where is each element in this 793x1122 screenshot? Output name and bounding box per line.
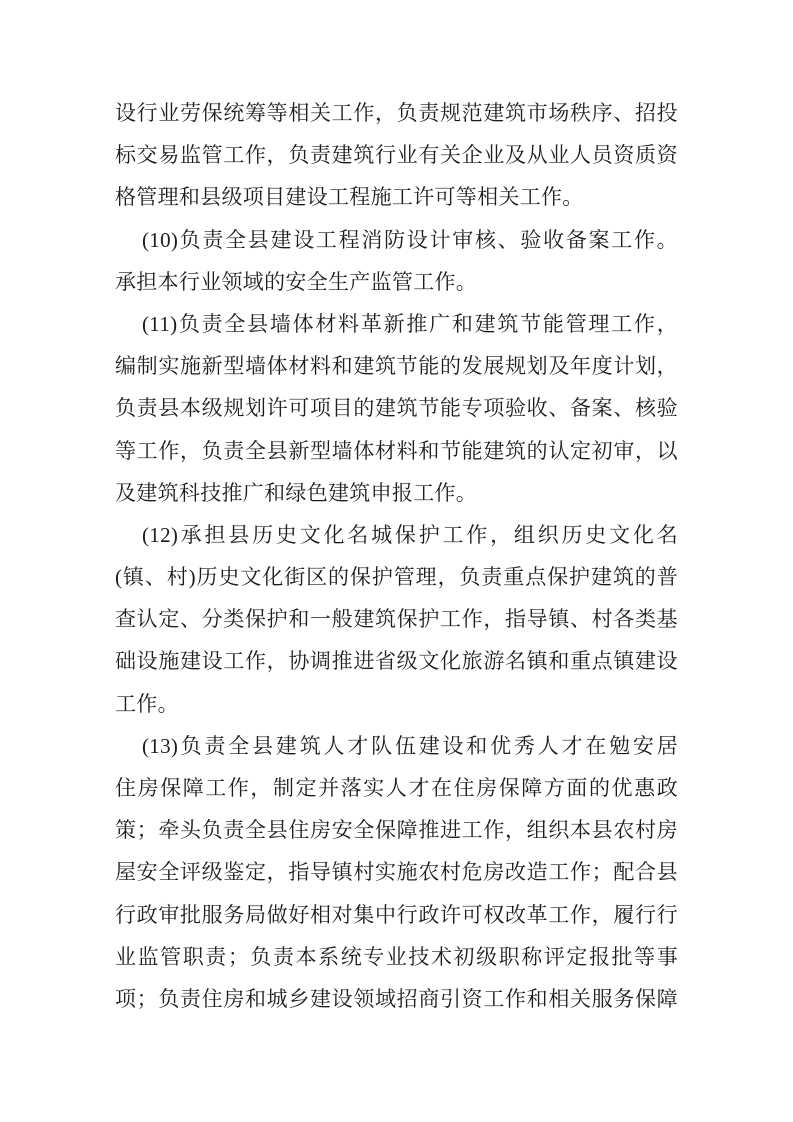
text-line: 础设施建设工作，协调推进省级文化旅游名镇和重点镇建设 <box>115 640 678 682</box>
text-line: 编制实施新型墙体材料和建筑节能的发展规划及年度计划， <box>115 345 678 387</box>
text-line: 标交易监管工作，负责建筑行业有关企业及从业人员资质资 <box>115 134 678 176</box>
text-line: 负责县本级规划许可项目的建筑节能专项验收、备案、核验 <box>115 387 678 429</box>
text-line: 设行业劳保统筹等相关工作，负责规范建筑市场秩序、招投 <box>115 92 678 134</box>
paragraph-item-11: (11)负责全县墙体材料革新推广和建筑节能管理工作，编制实施新型墙体材料和建筑节… <box>115 303 678 514</box>
text-line: (13)负责全县建筑人才队伍建设和优秀人才在勉安居 <box>115 725 678 767</box>
text-line: 行政审批服务局做好相对集中行政许可权改革工作，履行行 <box>115 894 678 936</box>
text-line: 等工作，负责全县新型墙体材料和节能建筑的认定初审，以 <box>115 430 678 472</box>
document-page: 设行业劳保统筹等相关工作，负责规范建筑市场秩序、招投标交易监管工作，负责建筑行业… <box>0 0 793 1122</box>
text-line: 策；牵头负责全县住房安全保障推进工作，组织本县农村房 <box>115 809 678 851</box>
paragraph-item-13: (13)负责全县建筑人才队伍建设和优秀人才在勉安居住房保障工作，制定并落实人才在… <box>115 725 678 1020</box>
text-line: 业监管职责；负责本系统专业技术初级职称评定报批等事 <box>115 936 678 978</box>
text-line: 查认定、分类保护和一般建筑保护工作，指导镇、村各类基 <box>115 598 678 640</box>
paragraph-continued-from-previous-page: 设行业劳保统筹等相关工作，负责规范建筑市场秩序、招投标交易监管工作，负责建筑行业… <box>115 92 678 219</box>
text-line: (镇、村)历史文化街区的保护管理，负责重点保护建筑的普 <box>115 556 678 598</box>
text-line: (12)承担县历史文化名城保护工作，组织历史文化名 <box>115 514 678 556</box>
paragraph-item-12: (12)承担县历史文化名城保护工作，组织历史文化名(镇、村)历史文化街区的保护管… <box>115 514 678 725</box>
text-line: 格管理和县级项目建设工程施工许可等相关工作。 <box>115 176 678 218</box>
text-line: 屋安全评级鉴定，指导镇村实施农村危房改造工作；配合县 <box>115 851 678 893</box>
text-line: 工作。 <box>115 683 678 725</box>
text-line: 住房保障工作，制定并落实人才在住房保障方面的优惠政 <box>115 767 678 809</box>
document-body: 设行业劳保统筹等相关工作，负责规范建筑市场秩序、招投标交易监管工作，负责建筑行业… <box>115 92 678 1020</box>
text-line: (10)负责全县建设工程消防设计审核、验收备案工作。 <box>115 219 678 261</box>
text-line: 承担本行业领域的安全生产监管工作。 <box>115 261 678 303</box>
paragraph-item-10: (10)负责全县建设工程消防设计审核、验收备案工作。承担本行业领域的安全生产监管… <box>115 219 678 303</box>
text-line: 及建筑科技推广和绿色建筑申报工作。 <box>115 472 678 514</box>
text-line: 项；负责住房和城乡建设领域招商引资工作和相关服务保障 <box>115 978 678 1020</box>
text-line: (11)负责全县墙体材料革新推广和建筑节能管理工作， <box>115 303 678 345</box>
